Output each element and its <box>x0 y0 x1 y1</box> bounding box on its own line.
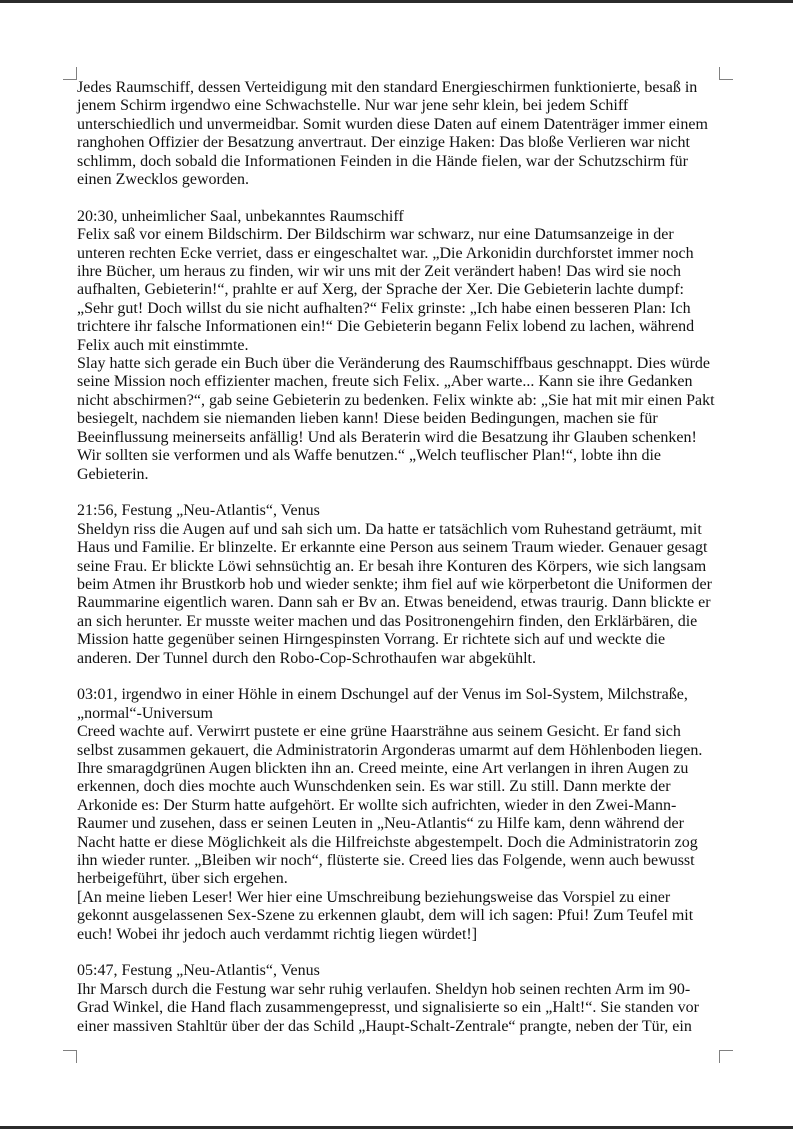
text-line: besiegelt, nachdem sie niemanden lieben … <box>77 410 719 428</box>
text-line: Mission hatte gegenüber seinen Hirngespi… <box>77 631 719 649</box>
text-line: nicht abschirmen?“, gab seine Gebieterin… <box>77 392 719 410</box>
window-top-border <box>0 0 793 3</box>
text-line: ihre Bücher, um heraus zu finden, wir wi… <box>77 263 719 281</box>
paragraph: Slay hatte sich gerade ein Buch über die… <box>77 355 719 484</box>
text-line: euch! Wobei ihr jedoch auch verdammt ric… <box>77 926 719 944</box>
text-line: Arkonide es: Der Sturm hatte aufgehört. … <box>77 797 719 815</box>
text-line: Raumer und zusehen, dass er seinen Leute… <box>77 815 719 833</box>
paragraph: Felix saß vor einem Bildschirm. Der Bild… <box>77 226 719 355</box>
text-line: einen Zwecklos geworden. <box>77 171 719 189</box>
text-line: [An meine lieben Leser! Wer hier eine Um… <box>77 889 719 907</box>
text-line: Wir sollten sie verformen und als Waffe … <box>77 447 719 465</box>
text-boundary-corner-bottom-right <box>719 1050 733 1063</box>
blank-line <box>77 668 719 686</box>
text-line: herbeigeführt, über sich ergehen. <box>77 870 719 888</box>
text-boundary-corner-top-right <box>719 67 733 80</box>
text-line: erkennen, doch dies mochte auch Wunschde… <box>77 778 719 796</box>
text-line: Slay hatte sich gerade ein Buch über die… <box>77 355 719 373</box>
text-line: Felix auch mit einstimmte. <box>77 337 719 355</box>
text-line: Nacht hatte er diese Möglichkeit als die… <box>77 834 719 852</box>
text-line: seine Frau. Er blickte Löwi sehnsüchtig … <box>77 558 719 576</box>
blank-line <box>77 944 719 962</box>
paragraph: Creed wachte auf. Verwirrt pustete er ei… <box>77 723 719 889</box>
blank-line <box>77 189 719 207</box>
text-line: seine Mission noch effizienter machen, f… <box>77 373 719 391</box>
text-boundary-corner-bottom-left <box>63 1050 77 1063</box>
text-boundary-corner-top-left <box>63 67 77 80</box>
text-line: Raummarine eigentlich waren. Dann sah er… <box>77 594 719 612</box>
section-heading: 21:56, Festung „Neu-Atlantis“, Venus <box>77 502 719 520</box>
document-page-body[interactable]: Jedes Raumschiff, dessen Verteidigung mi… <box>77 79 719 1036</box>
paragraph: Sheldyn riss die Augen auf und sah sich … <box>77 521 719 668</box>
text-line: Jedes Raumschiff, dessen Verteidigung mi… <box>77 79 719 97</box>
text-line: anderen. Der Tunnel durch den Robo-Cop-S… <box>77 650 719 668</box>
text-line: ranghohen Offizier der Besatzung anvertr… <box>77 134 719 152</box>
text-line: unteren rechten Ecke verriet, dass er ei… <box>77 245 719 263</box>
section-heading: 20:30, unheimlicher Saal, unbekanntes Ra… <box>77 208 719 226</box>
text-line: selbst zusammen gekauert, die Administra… <box>77 742 719 760</box>
text-line: Ihre smaragdgrünen Augen blickten ihn an… <box>77 760 719 778</box>
text-line: schlimm, doch sobald die Informationen F… <box>77 153 719 171</box>
blank-line <box>77 484 719 502</box>
text-line: Ihr Marsch durch die Festung war sehr ru… <box>77 981 719 999</box>
text-line: trichtere ihr falsche Informationen ein!… <box>77 318 719 336</box>
paragraph: Ihr Marsch durch die Festung war sehr ru… <box>77 981 719 1036</box>
paragraph: [An meine lieben Leser! Wer hier eine Um… <box>77 889 719 944</box>
text-line: Haus und Familie. Er blinzelte. Er erkan… <box>77 539 719 557</box>
text-line: beim Atmen ihr Brustkorb hob und wieder … <box>77 576 719 594</box>
text-line: einer massiven Stahltür über der das Sch… <box>77 1018 719 1036</box>
section-heading: 05:47, Festung „Neu-Atlantis“, Venus <box>77 962 719 980</box>
section-heading: 03:01, irgendwo in einer Höhle in einem … <box>77 686 719 704</box>
text-line: aufhalten, Gebieterin!“, prahlte er auf … <box>77 281 719 299</box>
text-line: Felix saß vor einem Bildschirm. Der Bild… <box>77 226 719 244</box>
text-line: Grad Winkel, die Hand flach zusammengepr… <box>77 999 719 1017</box>
paragraph: Jedes Raumschiff, dessen Verteidigung mi… <box>77 79 719 189</box>
section-heading: „normal“-Universum <box>77 705 719 723</box>
text-line: ihn wieder runter. „Bleiben wir noch“, f… <box>77 852 719 870</box>
text-line: Gebieterin. <box>77 466 719 484</box>
text-line: „Sehr gut! Doch willst du sie nicht aufh… <box>77 300 719 318</box>
text-line: Sheldyn riss die Augen auf und sah sich … <box>77 521 719 539</box>
text-line: unterschiedlich und unvermeidbar. Somit … <box>77 116 719 134</box>
text-line: gekonnt ausgelassenen Sex-Szene zu erken… <box>77 907 719 925</box>
text-line: jenem Schirm irgendwo eine Schwachstelle… <box>77 97 719 115</box>
text-line: an sich herunter. Er musste weiter mache… <box>77 613 719 631</box>
text-line: Beeinflussung meinerseits anfällig! Und … <box>77 429 719 447</box>
text-line: Creed wachte auf. Verwirrt pustete er ei… <box>77 723 719 741</box>
